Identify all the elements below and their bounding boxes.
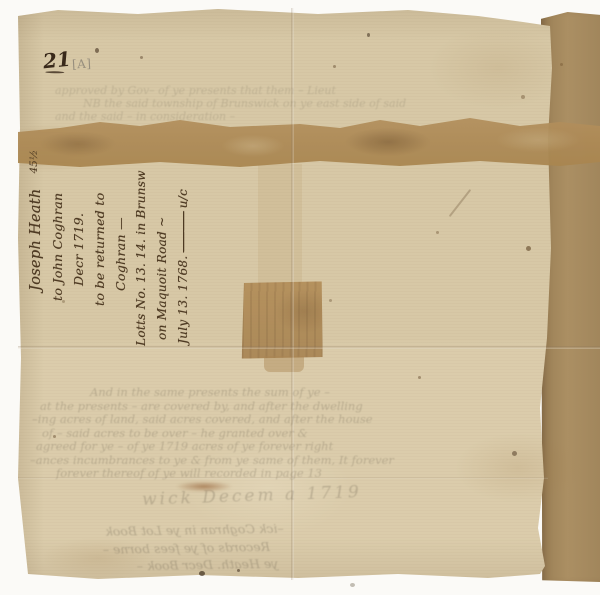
foxing-spot (521, 95, 525, 99)
foxing-spot (418, 376, 421, 379)
foxing-spot (95, 48, 99, 53)
foxing-spot (526, 246, 531, 251)
foxing-spot (53, 435, 56, 438)
archive-number: 21 (42, 47, 72, 74)
docket-line-date: Decr 1719. (68, 150, 89, 346)
manuscript-scan: approved by Gov– of ye presents that the… (0, 0, 600, 595)
pencil-annotation: [A] (72, 56, 92, 71)
docket-line-return-note: to be returned to (89, 150, 110, 346)
foxing-spot (329, 299, 332, 302)
tape-shadow-column (258, 164, 302, 284)
foxing-spot (140, 56, 143, 59)
ink-dot (237, 569, 240, 572)
recorded-date-text: July 13. 1768. (176, 256, 190, 344)
foxing-spot (367, 33, 370, 37)
foxing-spot (560, 63, 563, 66)
foxing-spot (436, 231, 439, 234)
docket-text-block: 45½ Joseph Heath to John Coghran Decr 17… (26, 150, 222, 346)
tape-patch (242, 281, 324, 360)
tape-patch-edge (264, 356, 304, 372)
docket-line-lots: Lotts No. 13. 14. in Brunsw (131, 150, 152, 346)
docket-line-grantor: Joseph Heath (26, 150, 47, 346)
foxing-spot (333, 65, 336, 68)
ink-smudge (176, 481, 232, 492)
docket-line-recorded-date: July 13. 1768.⸺⸺u/c (173, 150, 194, 346)
docket-line-road: on Maquoit Road ~ (152, 150, 173, 346)
foxing-spot (512, 451, 517, 456)
docket-notation: 45½ (28, 150, 40, 174)
ink-dot (199, 571, 205, 576)
docket-line-return-name: Coghran — (110, 150, 131, 346)
foxing-spot (62, 300, 65, 303)
margin-smudge (350, 583, 355, 587)
recorded-date-suffix: u/c (176, 189, 190, 208)
docket-line-grantee: to John Coghran (47, 150, 68, 346)
struck-out-text: ⸺⸺ (176, 211, 190, 252)
